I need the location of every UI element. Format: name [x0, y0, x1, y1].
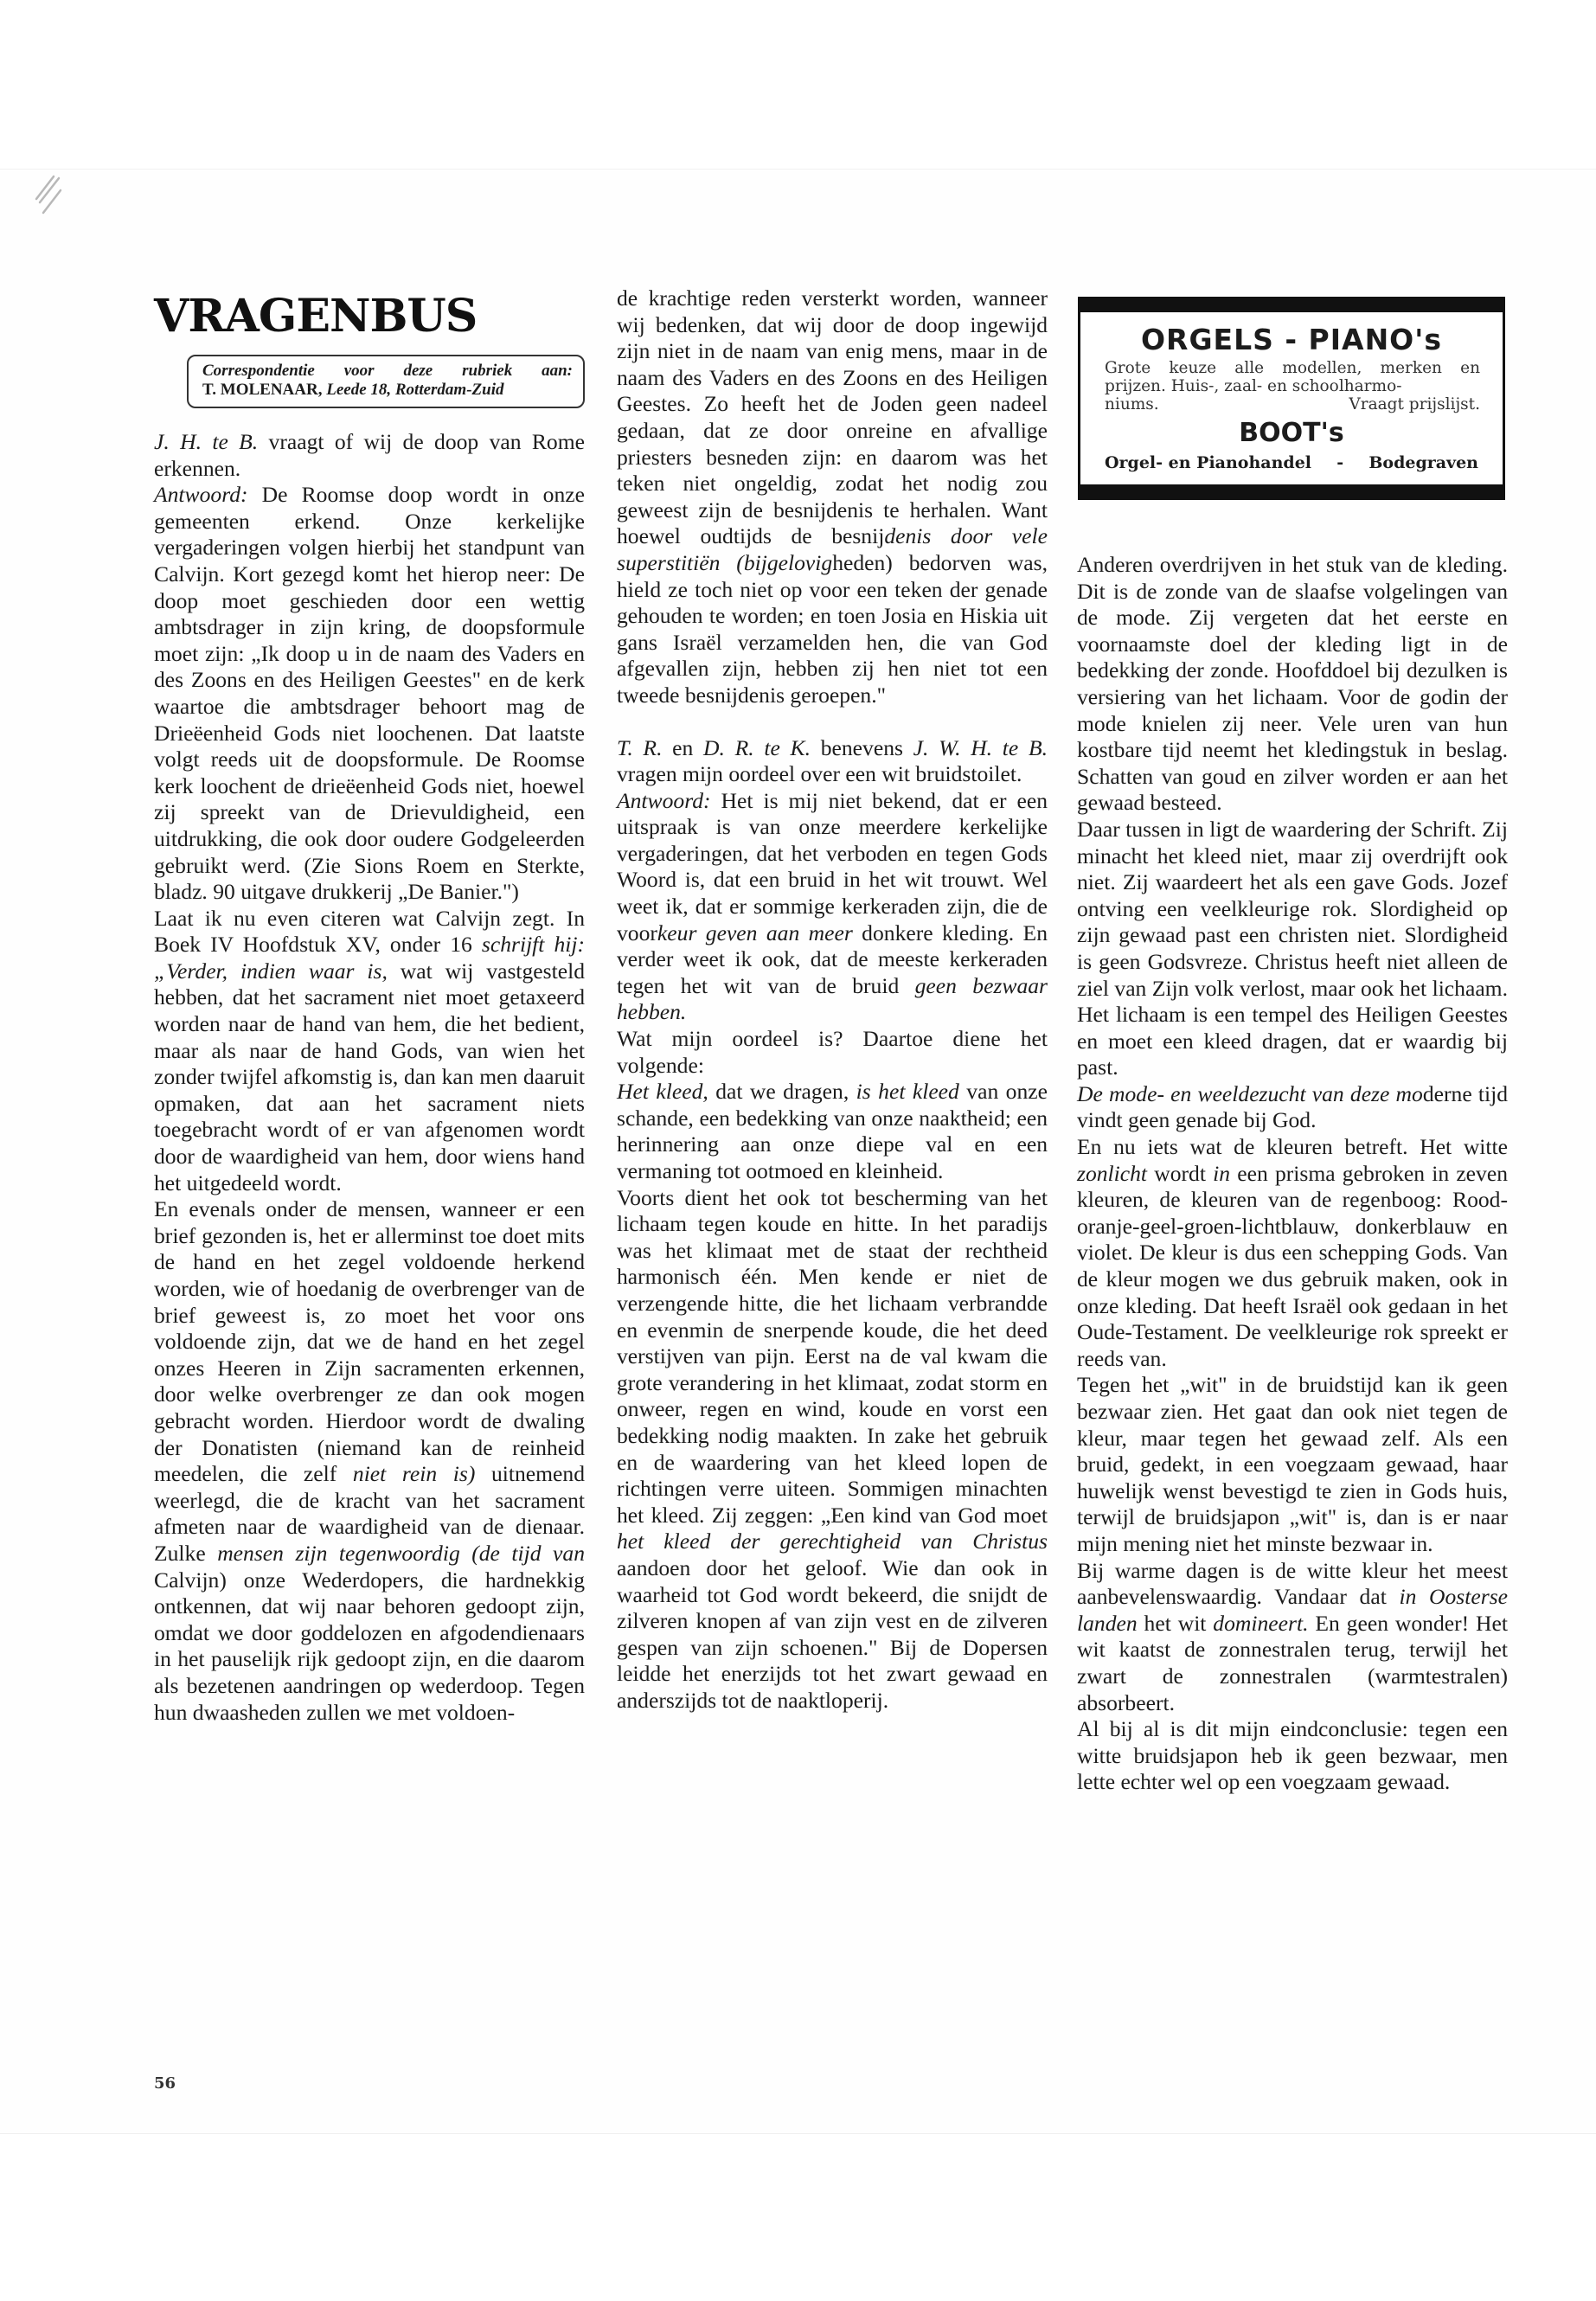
italic-run: keur geven aan meer [657, 920, 853, 945]
pencil-scribble-icon [28, 164, 71, 216]
text-run: Voorts dient het ook tot bescherming van… [617, 1185, 1048, 1528]
ad-footer: Orgel- en Pianohandel - Bodegraven [1080, 453, 1503, 472]
page-number: 56 [154, 2074, 176, 2093]
answer-2-paragraph-6: Daar tussen in ligt de waardering der Sc… [1077, 817, 1508, 1081]
answer-1-paragraph-1: Antwoord: De Roomse doop wordt in onze g… [154, 482, 585, 906]
asker: D. R. te K. [703, 735, 811, 760]
text-run: een prisma gebroken in zeven kleuren, de… [1077, 1161, 1508, 1371]
answer-1-paragraph-3: En evenals onder de mensen, wanneer er e… [154, 1196, 585, 1726]
text-run: Calvijn) onze Wederdopers, die hardnekki… [154, 1567, 585, 1725]
answer-2-paragraph-1: Antwoord: Het is mij niet bekend, dat er… [617, 788, 1048, 1026]
correspondent-name: T. MOLENAAR, [202, 381, 322, 399]
text-run: het wit [1138, 1611, 1214, 1636]
answer-1-paragraph-2: Laat ik nu even citeren wat Calvijn zegt… [154, 906, 585, 1197]
italic-run: domineert. [1213, 1611, 1308, 1636]
correspondence-label: Correspondentie voor deze rubriek aan: [202, 362, 573, 381]
correspondent-street: Leede 18, Rotterdam-Zuid [326, 381, 503, 399]
text-run: En nu iets wat de kleuren betreft. Het w… [1077, 1134, 1508, 1159]
asker: T. R. [617, 735, 662, 760]
correspondence-address: T. MOLENAAR, Leede 18, Rotterdam-Zuid [202, 381, 573, 400]
text-run: benevens [811, 735, 913, 760]
advertisement-box: ORGELS - PIANO's Grote keuze alle modell… [1078, 297, 1505, 500]
text-run: de krachtige reden versterkt worden, wan… [617, 285, 1048, 548]
answer-1-paragraph-4: de krachtige reden versterkt worden, wan… [617, 285, 1048, 709]
answer-2-paragraph-2: Wat mijn oordeel is? Daartoe diene het v… [617, 1026, 1048, 1079]
question-2-text: vragen mijn oordeel over een wit bruidst… [617, 761, 1022, 786]
text-run: en [662, 735, 703, 760]
italic-run: mensen zijn tegenwoordig (de tijd van [217, 1541, 585, 1566]
italic-run: zonlicht [1077, 1161, 1147, 1186]
answer-2-paragraph-4: Voorts dient het ook tot bescherming van… [617, 1185, 1048, 1715]
text-run: aandoen door het geloof. Wie dan ook in … [617, 1555, 1048, 1713]
answer-2-paragraph-7: De mode- en weeldezucht van deze moderne… [1077, 1081, 1508, 1134]
answer-2-paragraph-8: En nu iets wat de kleuren betreft. Het w… [1077, 1134, 1508, 1372]
italic-run: is het kleed [856, 1079, 959, 1104]
question-1-asker: J. H. te B. [154, 429, 258, 454]
answer-2-paragraph-3: Het kleed, dat we dragen, is het kleed v… [617, 1079, 1048, 1184]
question-1: J. H. te B. vraagt of wij de doop van Ro… [154, 429, 585, 482]
ad-body-text: Grote keuze alle modellen, merken en pri… [1105, 359, 1480, 395]
ad-headline: ORGELS - PIANO's [1080, 324, 1503, 356]
ad-body-last-left: niums. [1105, 395, 1159, 413]
column-right: Anderen overdrijven in het stuk van de k… [1077, 552, 1508, 1796]
article-title: VRAGENBUS [154, 291, 585, 343]
italic-run: het kleed der gerechtigheid van Christus [617, 1529, 1048, 1554]
ad-brand: BOOT's [1080, 419, 1503, 448]
italic-run: Het kleed, [617, 1079, 708, 1104]
ad-body-last-line: niums. Vraagt prijslijst. [1105, 395, 1480, 413]
column-middle: de krachtige reden versterkt worden, wan… [617, 285, 1048, 1714]
text-run: wordt [1147, 1161, 1213, 1186]
answer-label: Antwoord: [617, 788, 711, 813]
answer-2-paragraph-5: Anderen overdrijven in het stuk van de k… [1077, 552, 1508, 817]
answer-2-paragraph-9: Tegen het „wit" in de bruidstijd kan ik … [1077, 1372, 1508, 1557]
answer-label: Antwoord: [154, 482, 248, 507]
section-gap [617, 709, 1048, 735]
ad-footer-left: Orgel- en Pianohandel [1105, 453, 1311, 472]
answer-2-paragraph-11: Al bij al is dit mijn eindconclusie: teg… [1077, 1716, 1508, 1796]
ad-body: Grote keuze alle modellen, merken en pri… [1105, 359, 1480, 413]
text-run: dat we dragen, [708, 1079, 856, 1104]
ad-body-last-right: Vraagt prijslijst. [1349, 395, 1480, 413]
question-2: T. R. en D. R. te K. benevens J. W. H. t… [617, 735, 1048, 788]
italic-run: in [1213, 1161, 1230, 1186]
correspondence-box: Correspondentie voor deze rubriek aan: T… [187, 355, 585, 408]
ad-footer-sep: - [1336, 453, 1343, 472]
italic-run: niet rein is) [353, 1461, 475, 1486]
answer-2-paragraph-10: Bij warme dagen is de witte kleur het me… [1077, 1558, 1508, 1717]
column-left: VRAGENBUS Correspondentie voor deze rubr… [154, 285, 585, 1726]
text-run: En evenals onder de mensen, wanneer er e… [154, 1196, 585, 1486]
ad-footer-right: Bodegraven [1368, 453, 1478, 472]
answer-1-text: De Roomse doop wordt in onze gemeenten e… [154, 482, 585, 904]
text-run: wat wij vastgesteld hebben, dat het sacr… [154, 958, 585, 1195]
asker: J. W. H. te B. [913, 735, 1048, 760]
italic-run: De mode- en weeldezucht van deze mo [1077, 1081, 1423, 1106]
